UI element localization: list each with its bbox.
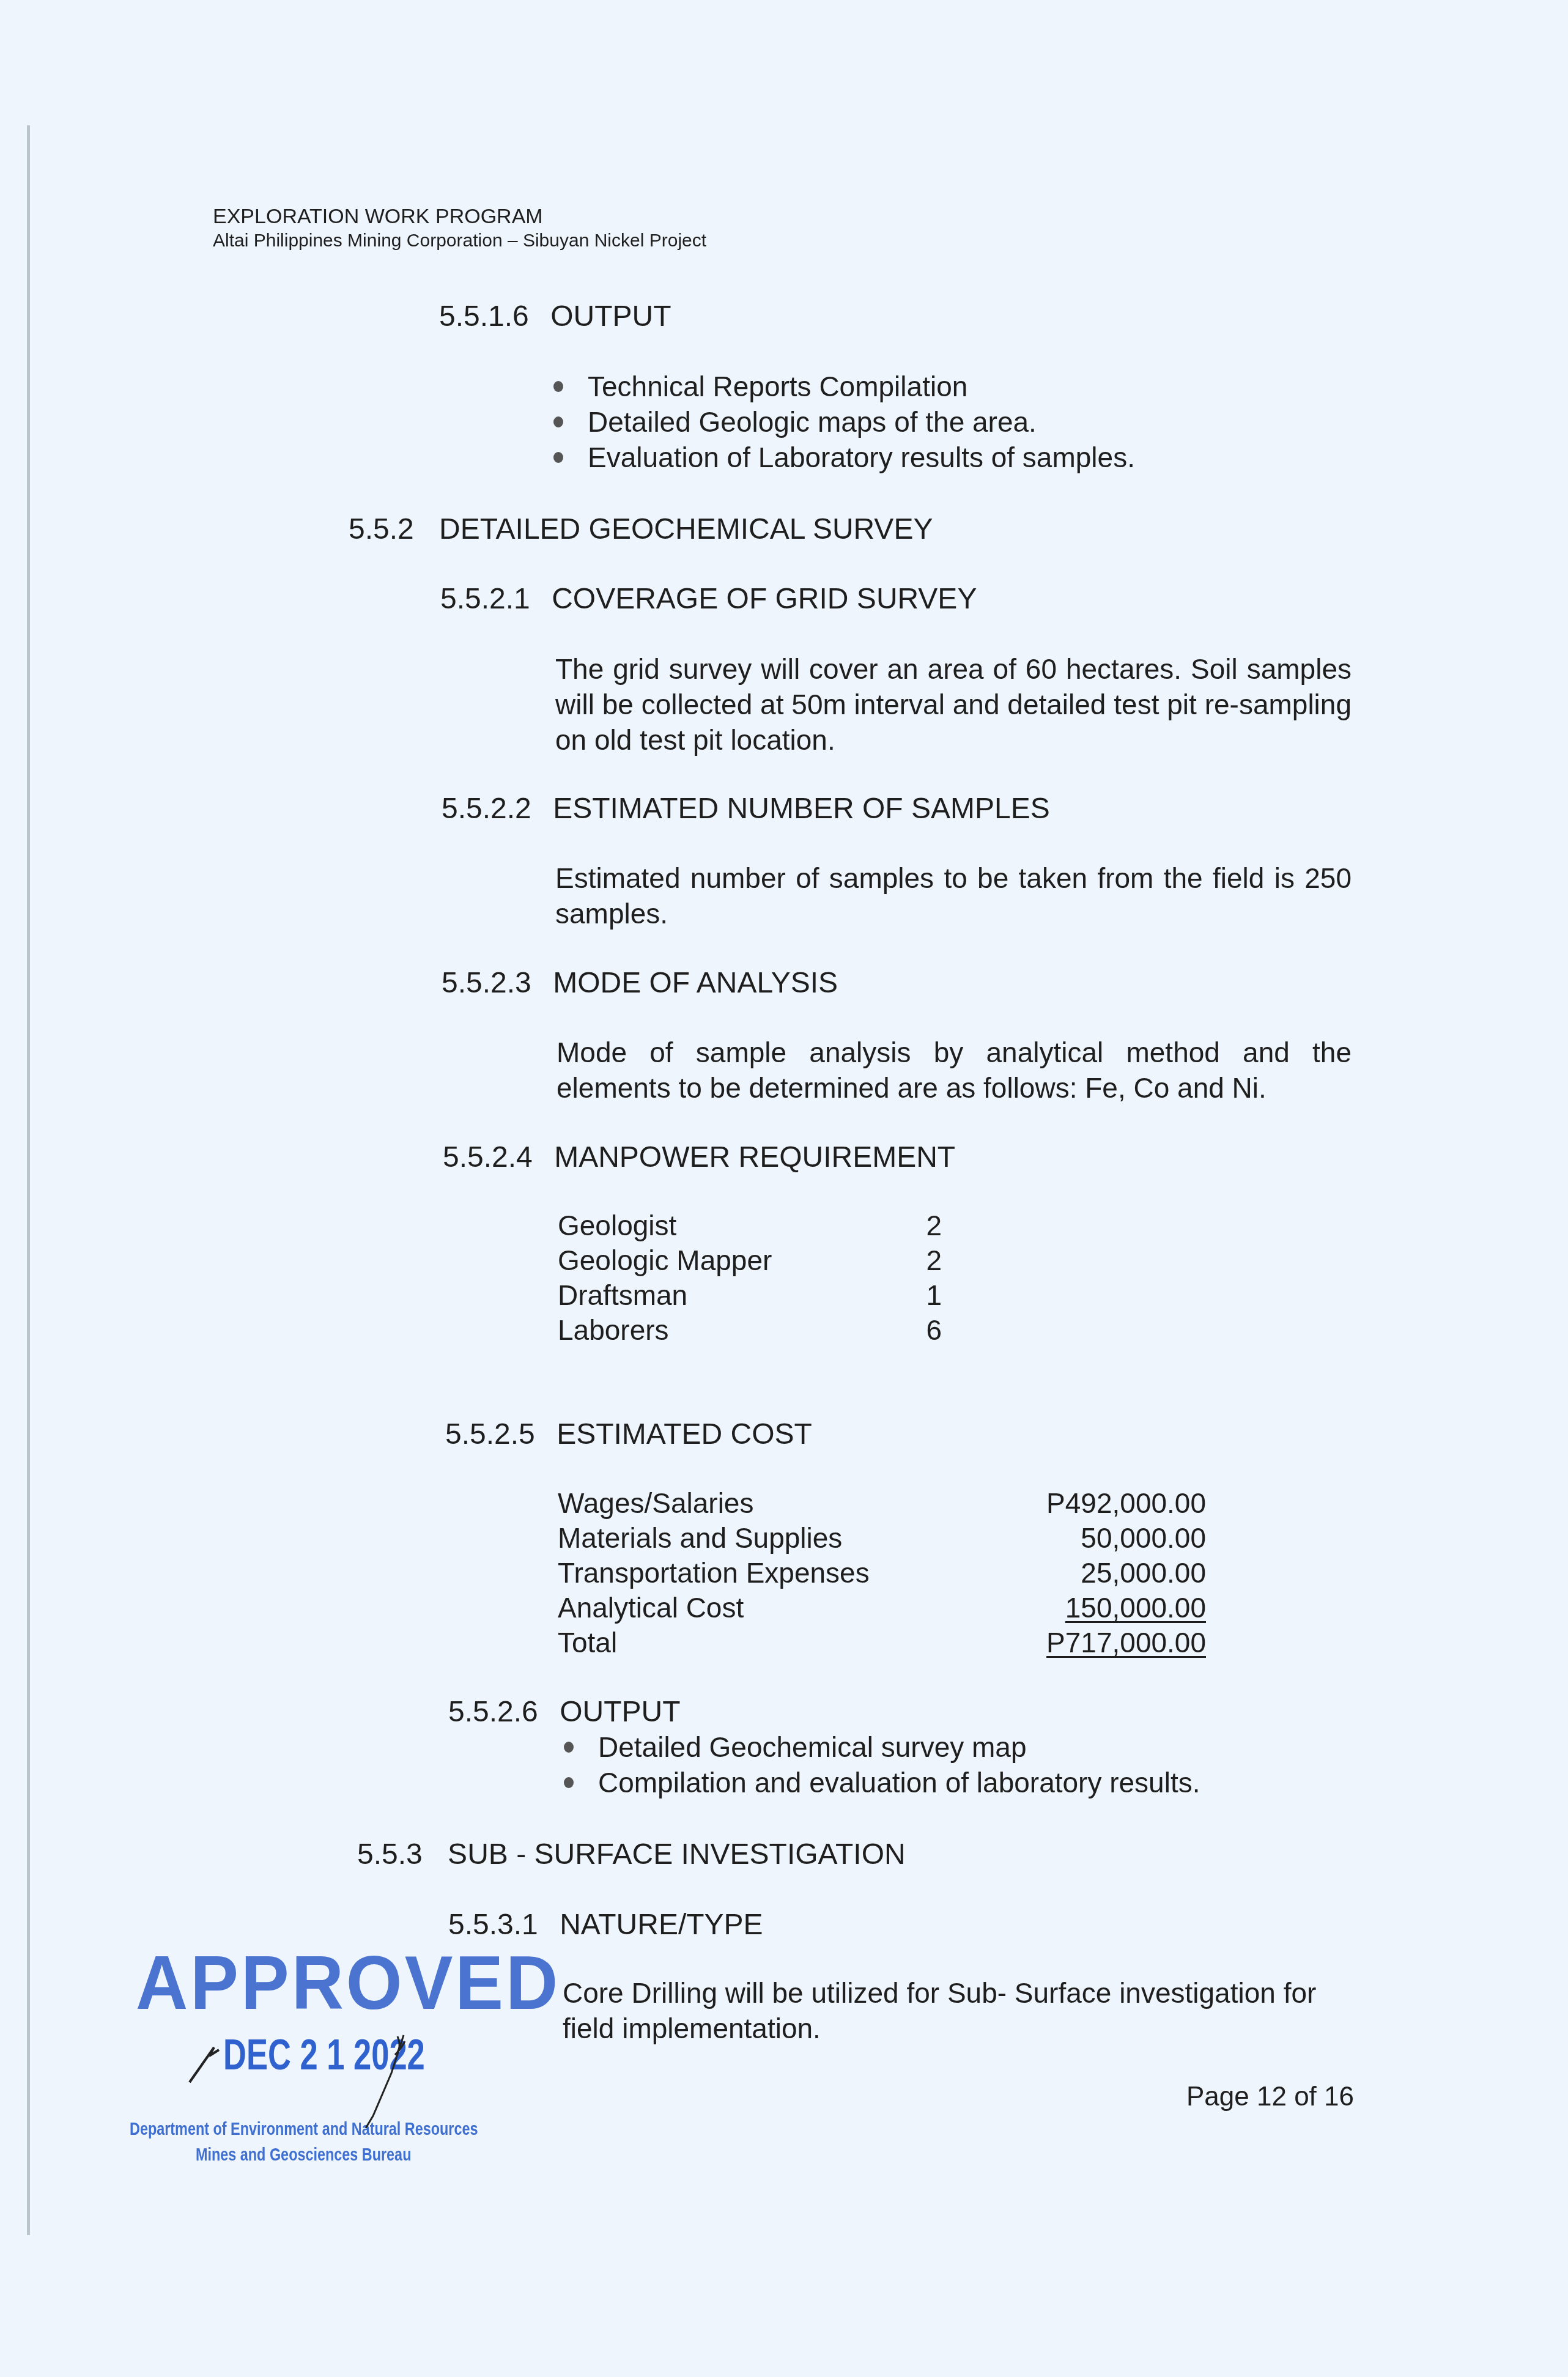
section-title: OUTPUT [560,1696,680,1728]
section-5521-heading: 5.5.2.1 COVERAGE OF GRID SURVEY [440,582,977,616]
section-title: ESTIMATED COST [557,1418,812,1451]
table-row: Analytical Cost 150,000.00 [558,1591,1206,1625]
section-5531-body: Core Drilling will be utilized for Sub- … [563,1975,1364,2046]
section-5531-heading: 5.5.3.1 NATURE/TYPE [448,1908,763,1942]
section-5523-heading: 5.5.2.3 MODE OF ANALYSIS [442,966,838,1000]
scan-margin-line [27,125,30,2235]
section-title: OUTPUT [550,300,671,333]
section-number: 5.5.1.6 [439,300,529,333]
section-number: 5.5.2.4 [443,1141,533,1174]
page-number: Page 12 of 16 [1186,2082,1354,2112]
table-row: Materials and Supplies 50,000.00 [558,1521,1206,1556]
cost-amount: 150,000.00 [1054,1592,1206,1624]
role-cell: Draftsman [558,1278,912,1313]
table-row: Geologic Mapper 2 [558,1243,942,1278]
section-5526-heading: 5.5.2.6 OUTPUT [448,1695,680,1729]
count-cell: 2 [912,1243,942,1278]
table-row: Wages/Salaries P492,000.00 [558,1486,1206,1521]
section-number: 5.5.2.2 [442,793,531,825]
document-header-subtitle: Altai Philippines Mining Corporation – S… [213,231,706,251]
cost-item: Wages/Salaries [558,1486,986,1521]
cost-amount: P492,000.00 [986,1486,1206,1521]
role-cell: Laborers [558,1313,912,1348]
table-row: Geologist 2 [558,1208,942,1243]
role-cell: Geologist [558,1208,912,1243]
section-title: ESTIMATED NUMBER OF SAMPLES [553,793,1050,825]
section-5522-body: Estimated number of samples to be taken … [555,860,1352,931]
cost-item: Analytical Cost [558,1591,986,1625]
cost-amount: 50,000.00 [986,1521,1206,1556]
cost-item: Total [558,1625,986,1660]
section-title: DETAILED GEOCHEMICAL SURVEY [439,513,933,545]
section-5525-heading: 5.5.2.5 ESTIMATED COST [445,1418,812,1451]
manpower-table: Geologist 2 Geologic Mapper 2 Draftsman … [558,1208,942,1348]
section-number: 5.5.3 [357,1838,423,1871]
section-number: 5.5.2.3 [442,967,531,999]
list-item: Detailed Geochemical survey map [564,1731,1027,1764]
cost-item: Materials and Supplies [558,1521,986,1556]
document-header-title: EXPLORATION WORK PROGRAM [213,205,543,229]
signature-initials-icon [171,2018,465,2140]
count-cell: 1 [912,1278,942,1313]
section-553-heading: 5.5.3 SUB - SURFACE INVESTIGATION [357,1838,906,1871]
count-cell: 6 [912,1313,942,1348]
cost-item: Transportation Expenses [558,1556,986,1591]
section-title: NATURE/TYPE [560,1909,763,1941]
section-title: COVERAGE OF GRID SURVEY [552,583,977,615]
section-number: 5.5.2.6 [448,1696,538,1728]
section-number: 5.5.2.5 [445,1418,535,1451]
cost-amount: 25,000.00 [986,1556,1206,1591]
count-cell: 2 [912,1208,942,1243]
section-number: 5.5.3.1 [448,1909,538,1941]
section-number: 5.5.2.1 [440,583,530,615]
section-title: SUB - SURFACE INVESTIGATION [448,1838,906,1871]
stamp-agency-line2: Mines and Geosciences Bureau [196,2145,411,2165]
approved-stamp: APPROVED [136,1940,560,2027]
section-5523-body: Mode of sample analysis by analytical me… [557,1035,1352,1106]
section-title: MODE OF ANALYSIS [553,967,838,999]
list-item: Technical Reports Compilation [553,370,967,403]
section-5516-heading: 5.5.1.6 OUTPUT [439,300,671,333]
section-5524-heading: 5.5.2.4 MANPOWER REQUIREMENT [443,1140,955,1174]
cost-total-amount: P717,000.00 [1046,1627,1206,1658]
list-item: Evaluation of Laboratory results of samp… [553,441,1135,474]
table-row-total: Total P717,000.00 [558,1625,1206,1660]
cost-table: Wages/Salaries P492,000.00 Materials and… [558,1486,1206,1660]
section-title: MANPOWER REQUIREMENT [554,1141,955,1174]
table-row: Draftsman 1 [558,1278,942,1313]
section-5522-heading: 5.5.2.2 ESTIMATED NUMBER OF SAMPLES [442,792,1050,826]
list-item: Detailed Geologic maps of the area. [553,405,1037,438]
role-cell: Geologic Mapper [558,1243,912,1278]
section-5521-body: The grid survey will cover an area of 60… [555,651,1352,758]
table-row: Transportation Expenses 25,000.00 [558,1556,1206,1591]
section-number: 5.5.2 [349,513,414,545]
section-552-heading: 5.5.2 DETAILED GEOCHEMICAL SURVEY [349,512,933,546]
table-row: Laborers 6 [558,1313,942,1348]
list-item: Compilation and evaluation of laboratory… [564,1766,1200,1799]
